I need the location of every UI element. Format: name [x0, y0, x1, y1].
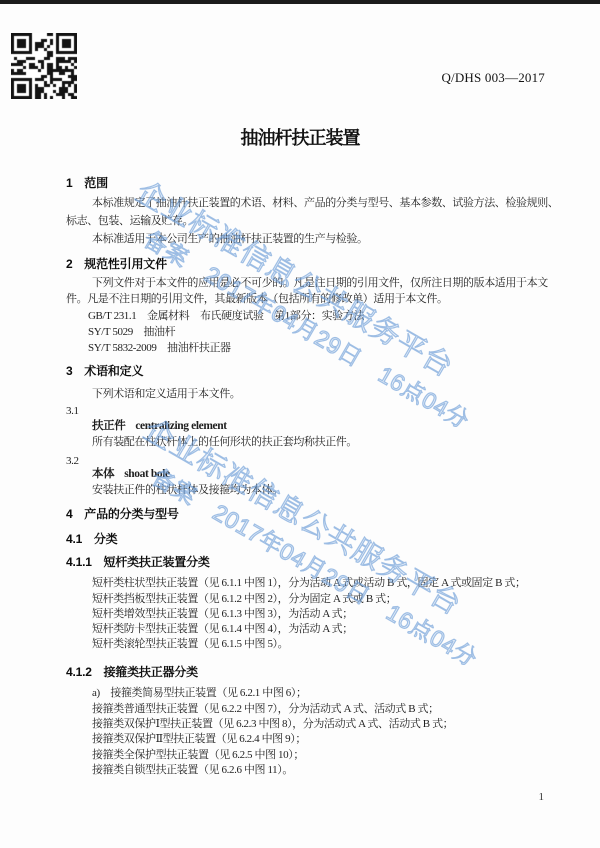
section-heading-references: 2 规范性引用文件 [66, 255, 167, 272]
list-item: 接箍类全保护型扶正装置（见 6.2.5 中图 10）； [66, 749, 304, 762]
body-line: 标志、包装、运输及贮存。 [66, 215, 193, 228]
reference-item: SY/T 5029 抽油杆 [66, 326, 175, 339]
list-item: 接箍类双保护Ⅰ型扶正装置（见 6.2.3 中图 8），分为活动式 A 式、活动式… [66, 718, 453, 731]
document-page: Q/DHS 003—2017 抽油杆扶正装置 企业标准信息公共服务平台 备案 2… [0, 0, 600, 848]
list-item: a) 接箍类简易型扶正装置（见 6.2.1 中图 6）； [66, 687, 307, 700]
doc-code: Q/DHS 003—2017 [441, 70, 545, 86]
section-heading-scope: 1 范围 [66, 174, 108, 191]
term-line: 本体shoat bole [66, 468, 170, 481]
term-en: shoat bole [114, 468, 170, 480]
term-en: centralizing element [125, 420, 226, 432]
body-line: 本标准规定了抽油杆扶正装置的术语、材料、产品的分类与型号、基本参数、试验方法、检… [66, 197, 558, 210]
body-line: 下列文件对于本文件的应用是必不可少的。凡是注日期的引用文件，仅所注日期的版本适用… [66, 277, 548, 290]
list-item: 接箍类普通型扶正装置（见 6.2.2 中图 7），分为活动式 A 式、活动式 B… [66, 703, 439, 716]
subsection-heading-412: 4.1.2 接箍类扶正器分类 [66, 663, 198, 680]
term-definition: 安装扶正件的柱状杆体及接箍均为本体。 [66, 484, 283, 497]
term-line: 扶正件centralizing element [66, 420, 227, 433]
list-item: 短杆类柱状型扶正装置（见 6.1.1 中图 1），分为活动 A 式或活动 B 式… [66, 577, 526, 590]
subsection-heading-411: 4.1.1 短杆类扶正装置分类 [66, 553, 210, 570]
subsection-heading-41: 4.1 分类 [66, 530, 117, 547]
term-cn: 本体 [92, 468, 114, 480]
section-heading-terms: 3 术语和定义 [66, 362, 143, 379]
list-item: 短杆类增效型扶正装置（见 6.1.3 中图 3），为活动 A 式； [66, 608, 353, 621]
scan-edge-bar [0, 0, 600, 4]
term-cn: 扶正件 [92, 420, 125, 432]
list-item: 短杆类防卡型扶正装置（见 6.1.4 中图 4），为活动 A 式； [66, 623, 353, 636]
qr-code [11, 33, 77, 99]
term-definition: 所有装配在柱状杆体上的任何形状的扶正套均称扶正件。 [66, 436, 357, 449]
list-item: 短杆类挡板型扶正装置（见 6.1.2 中图 2），分为固定 A 式或 B 式； [66, 593, 396, 606]
reference-item: SY/T 5832-2009 抽油杆扶正器 [66, 342, 231, 355]
section-heading-classification: 4 产品的分类与型号 [66, 505, 179, 522]
term-number: 3.1 [66, 405, 79, 418]
body-line: 下列术语和定义适用于本文件。 [66, 388, 240, 401]
list-item: 接箍类自锁型扶正装置（见 6.2.6 中图 11）。 [66, 764, 293, 777]
list-item: 接箍类双保护Ⅱ型扶正装置（见 6.2.4 中图 9）； [66, 733, 306, 746]
page-title: 抽油杆扶正装置 [0, 124, 600, 150]
body-line: 本标准适用于本公司生产的抽油杆扶正装置的生产与检验。 [66, 233, 368, 246]
reference-item: GB/T 231.1 金属材料 布氏硬度试验 第1部分：实验方法 [66, 310, 364, 323]
term-number: 3.2 [66, 455, 79, 468]
page-number: 1 [539, 791, 545, 803]
body-line: 件。凡是不注日期的引用文件，其最新版本（包括所有的修改单）适用于本文件。 [66, 293, 448, 306]
watermark-date-text: 备案 2017年04月29日 16点04分 [138, 221, 476, 435]
list-item: 短杆类滚轮型扶正装置（见 6.1.5 中图 5）。 [66, 638, 288, 651]
